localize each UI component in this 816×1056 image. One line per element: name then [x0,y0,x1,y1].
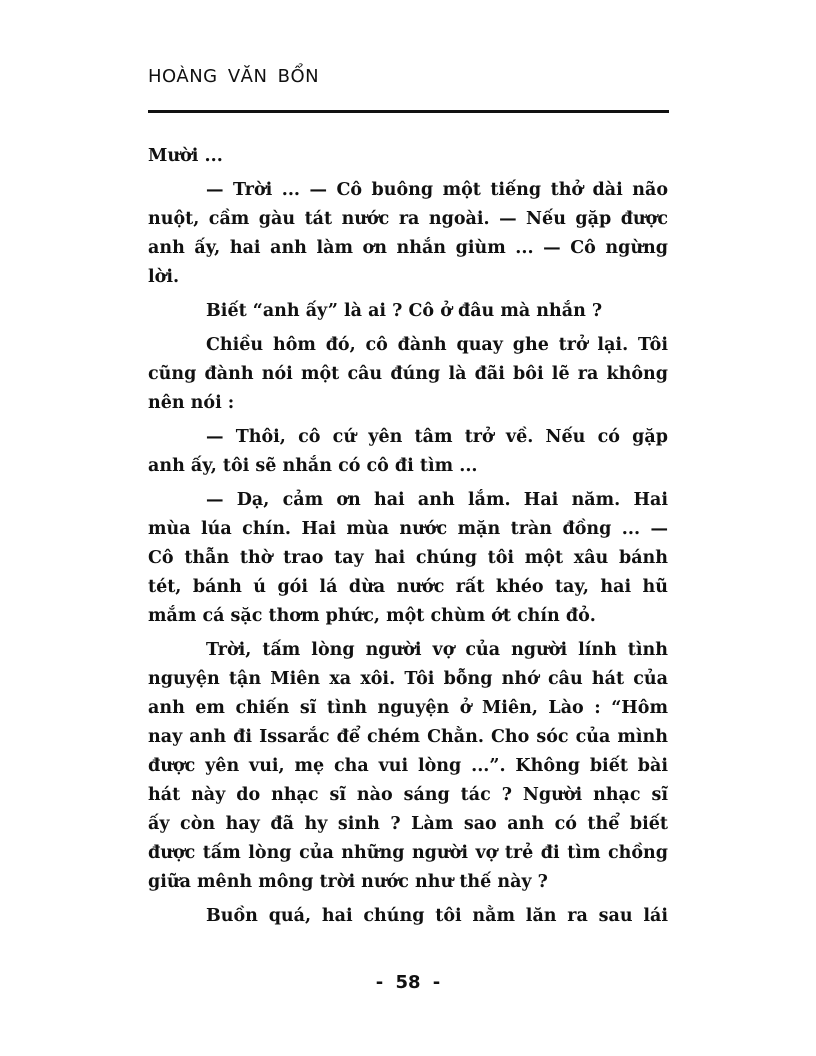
book-page: HOÀNG VĂN BỔN Mười ...— Trời ... — Cô bu… [0,0,816,1056]
text-line: nguyện tận Miên xa xôi. Tôi bỗng nhớ câu… [148,665,668,694]
text-line: Biết “anh ấy” là ai ? Cô ở đâu mà nhắn ? [148,297,668,326]
text-line: Buồn quá, hai chúng tôi nằm lăn ra sau l… [148,902,668,931]
text-line: ấy còn hay đã hy sinh ? Làm sao anh có t… [148,810,668,839]
text-line: giữa mênh mông trời nước như thế này ? [148,868,668,897]
page-number: - 58 - [0,972,816,993]
text-line: được yên vui, mẹ cha vui lòng ...”. Khôn… [148,752,668,781]
text-line: cũng đành nói một câu đúng là đãi bôi lẽ… [148,360,668,389]
text-line: Cô thẫn thờ trao tay hai chúng tôi một x… [148,544,668,573]
header-rule [148,110,669,113]
text-line: nuột, cầm gàu tát nước ra ngoài. — Nếu g… [148,205,668,234]
text-line: hát này do nhạc sĩ nào sáng tác ? Người … [148,781,668,810]
paragraph: Trời, tấm lòng người vợ của người lính t… [148,636,668,897]
paragraph: Buồn quá, hai chúng tôi nằm lăn ra sau l… [148,902,668,931]
text-line: lời. [148,263,668,292]
paragraph: — Thôi, cô cứ yên tâm trở về. Nếu có gặp… [148,423,668,481]
text-line: anh ấy, tôi sẽ nhắn có cô đi tìm ... [148,452,668,481]
text-line: anh ấy, hai anh làm ơn nhắn giùm ... — C… [148,234,668,263]
text-line: mắm cá sặc thơm phức, một chùm ớt chín đ… [148,602,668,631]
text-line: — Thôi, cô cứ yên tâm trở về. Nếu có gặp [148,423,668,452]
paragraph: Chiều hôm đó, cô đành quay ghe trở lại. … [148,331,668,418]
paragraph: Biết “anh ấy” là ai ? Cô ở đâu mà nhắn ? [148,297,668,326]
text-line: — Trời ... — Cô buông một tiếng thở dài … [148,176,668,205]
paragraph: Mười ... [148,142,668,171]
text-line: — Dạ, cảm ơn hai anh lắm. Hai năm. Hai [148,486,668,515]
body-text: Mười ...— Trời ... — Cô buông một tiếng … [148,142,668,931]
text-line: Chiều hôm đó, cô đành quay ghe trở lại. … [148,331,668,360]
paragraph: — Trời ... — Cô buông một tiếng thở dài … [148,176,668,292]
text-line: mùa lúa chín. Hai mùa nước mặn tràn đồng… [148,515,668,544]
paragraph: — Dạ, cảm ơn hai anh lắm. Hai năm. Haimù… [148,486,668,631]
text-line: Trời, tấm lòng người vợ của người lính t… [148,636,668,665]
text-line: tét, bánh ú gói lá dừa nước rất khéo tay… [148,573,668,602]
text-line: anh em chiến sĩ tình nguyện ở Miên, Lào … [148,694,668,723]
text-line: được tấm lòng của những người vợ trẻ đi … [148,839,668,868]
text-line: Mười ... [148,142,668,171]
text-line: nên nói : [148,389,668,418]
running-head-author: HOÀNG VĂN BỔN [148,66,319,87]
text-line: nay anh đi Issarắc để chém Chằn. Cho sóc… [148,723,668,752]
